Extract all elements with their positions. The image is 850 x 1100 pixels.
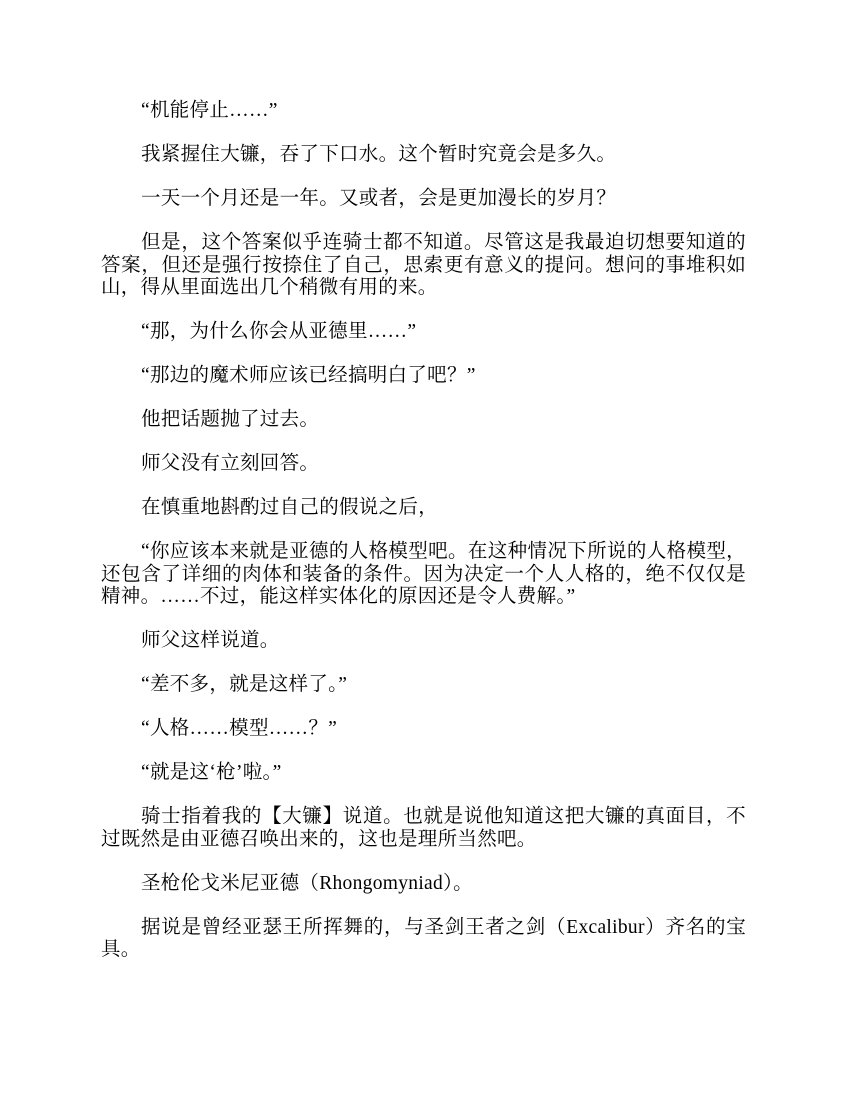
paragraph: 在慎重地斟酌过自己的假说之后， <box>101 497 746 520</box>
paragraph: “机能停止……” <box>101 100 746 123</box>
paragraph: 圣枪伦戈米尼亚德（Rhongomyniad）。 <box>101 873 746 896</box>
paragraph: 骑士指着我的【大镰】说道。也就是说他知道这把大镰的真面目，不过既然是由亚德召唤出… <box>101 806 746 851</box>
paragraph: 师父这样说道。 <box>101 630 746 653</box>
paragraph: “差不多，就是这样了。” <box>101 674 746 697</box>
document-page: “机能停止……” 我紧握住大镰，吞了下口水。这个暂时究竟会是多久。 一天一个月还… <box>101 100 746 983</box>
paragraph: 师父没有立刻回答。 <box>101 453 746 476</box>
paragraph: 他把话题抛了过去。 <box>101 409 746 432</box>
paragraph: 一天一个月还是一年。又或者，会是更加漫长的岁月？ <box>101 188 746 211</box>
paragraph: “那边的魔术师应该已经搞明白了吧？” <box>101 365 746 388</box>
paragraph: 但是，这个答案似乎连骑士都不知道。尽管这是我最迫切想要知道的答案，但还是强行按捺… <box>101 232 746 300</box>
paragraph: “那，为什么你会从亚德里……” <box>101 321 746 344</box>
paragraph: “你应该本来就是亚德的人格模型吧。在这种情况下所说的人格模型，还包含了详细的肉体… <box>101 541 746 609</box>
paragraph: 我紧握住大镰，吞了下口水。这个暂时究竟会是多久。 <box>101 144 746 167</box>
paragraph: “人格……模型……？” <box>101 718 746 741</box>
paragraph: 据说是曾经亚瑟王所挥舞的，与圣剑王者之剑（Excalibur）齐名的宝具。 <box>101 917 746 962</box>
paragraph: “就是这‘枪’啦。” <box>101 762 746 785</box>
